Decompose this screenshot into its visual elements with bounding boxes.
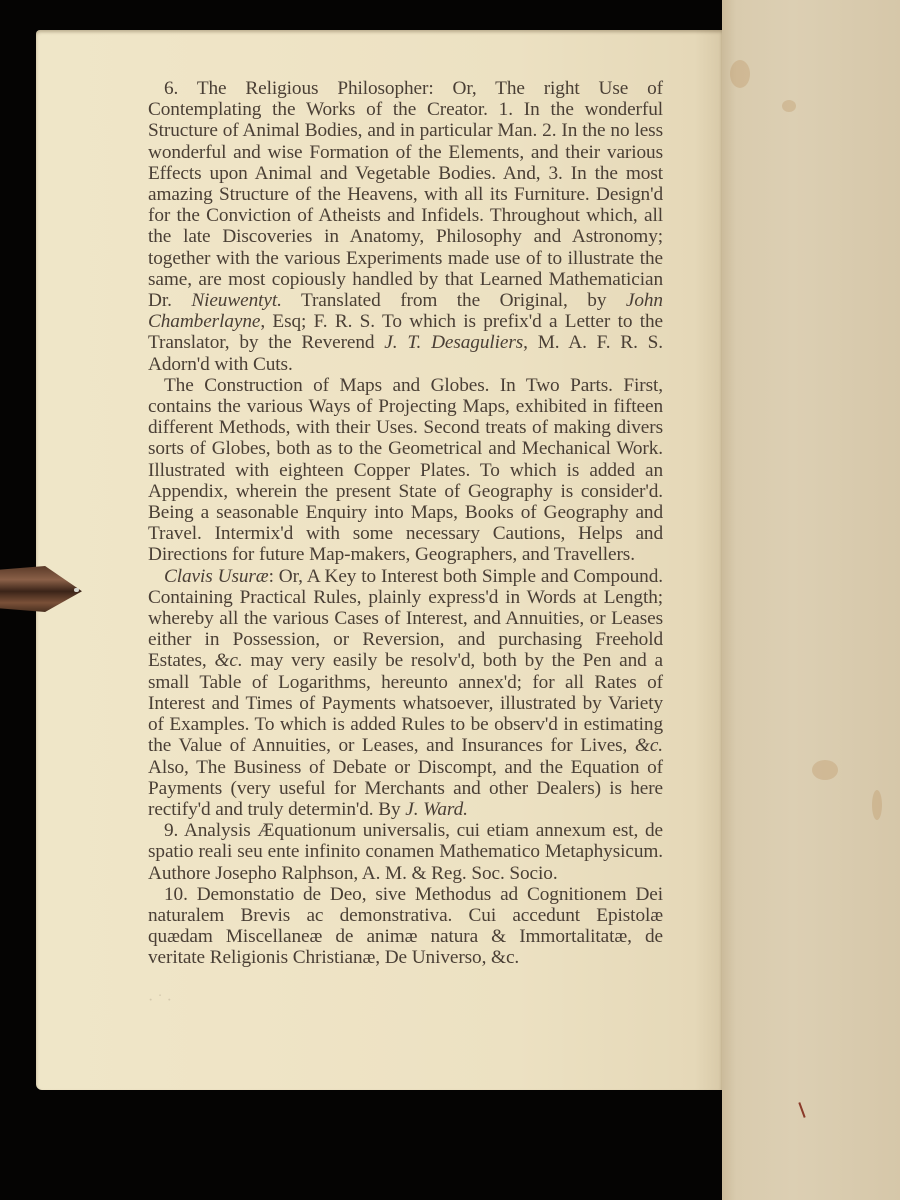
foxing-spot (872, 790, 882, 820)
catalogue-entry-item-6: 6. The Religious Philosopher: Or, The ri… (148, 78, 663, 375)
catalogue-entry-item-9: 9. Analysis Æquationum universalis, cui … (148, 820, 663, 884)
show-through-mark: · ˙ · (148, 992, 172, 1010)
ink-mark (798, 1102, 805, 1118)
facing-page (722, 0, 900, 1200)
italic-text: J. T. Desaguliers (384, 332, 523, 353)
italic-text: J. Ward. (405, 799, 468, 820)
italic-text: Nieuwentyt. (191, 290, 281, 311)
italic-text: Clavis Usuræ (164, 566, 269, 587)
italic-text: &c. (214, 650, 242, 671)
catalogue-entry-item-10: 10. Demonstatio de Deo, sive Methodus ad… (148, 884, 663, 969)
foxing-spot (730, 60, 750, 88)
text-run: 6. The Religious Philosopher: Or, The ri… (148, 78, 663, 311)
catalogue-entry-item-8: Clavis Usuræ: Or, A Key to Interest both… (148, 566, 663, 820)
catalogue-entry-item-7: The Construction of Maps and Globes. In … (148, 375, 663, 566)
text-run: Translated from the Original, by (282, 290, 626, 311)
text-run: The Construction of Maps and Globes. In … (148, 375, 663, 566)
page-text: 6. The Religious Philosopher: Or, The ri… (148, 78, 663, 969)
pen-tip-highlight (74, 588, 79, 592)
foxing-spot (812, 760, 838, 780)
italic-text: &c. (635, 735, 663, 756)
foxing-spot (782, 100, 796, 112)
text-run: 9. Analysis Æquationum universalis, cui … (148, 820, 663, 883)
text-run: 10. Demonstatio de Deo, sive Methodus ad… (148, 884, 663, 969)
